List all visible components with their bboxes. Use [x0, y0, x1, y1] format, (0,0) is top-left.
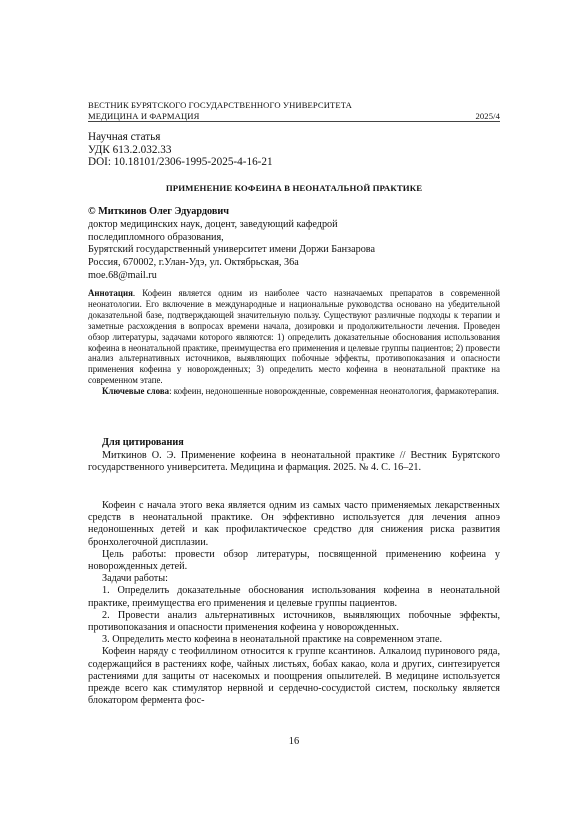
page-number: 16 [88, 736, 500, 747]
author-name: © Миткинов Олег Эдуардович [88, 206, 500, 219]
author-position: доктор медицинских наук, доцент, заведую… [88, 219, 500, 232]
keywords-paragraph: Ключевые слова: кофеин, недоношенные нов… [88, 386, 500, 397]
abstract: Аннотация. Кофеин является одним из наиб… [88, 288, 500, 397]
keywords-label: Ключевые слова [102, 386, 169, 396]
udc-code: УДК 613.2.032.33 [88, 144, 273, 157]
author-affiliation: Бурятский государственный университет им… [88, 244, 500, 257]
article-title: ПРИМЕНЕНИЕ КОФЕИНА В НЕОНАТАЛЬНОЙ ПРАКТИ… [88, 183, 500, 193]
body-paragraph: 2. Провести анализ альтернативных источн… [88, 610, 500, 634]
citation-text: Миткинов О. Э. Применение кофеина в неон… [88, 450, 500, 475]
keywords-text: : кофеин, недоношенные новорожденные, со… [169, 386, 499, 396]
article-type: Научная статья [88, 131, 273, 144]
journal-header: ВЕСТНИК БУРЯТСКОГО ГОСУДАРСТВЕННОГО УНИВ… [88, 100, 500, 122]
doi: DOI: 10.18101/2306-1995-2025-4-16-21 [88, 156, 273, 169]
body-paragraph: Кофеин наряду с теофиллином относится к … [88, 646, 500, 707]
journal-section: МЕДИЦИНА И ФАРМАЦИЯ [88, 111, 199, 122]
abstract-paragraph: Аннотация. Кофеин является одним из наиб… [88, 288, 500, 386]
journal-issue: 2025/4 [476, 111, 500, 122]
body-text: Кофеин с начала этого века является одни… [88, 500, 500, 707]
body-paragraph: Задачи работы: [88, 573, 500, 585]
abstract-label: Аннотация [88, 288, 133, 298]
article-meta: Научная статья УДК 613.2.032.33 DOI: 10.… [88, 131, 273, 169]
author-address: Россия, 670002, г.Улан-Удэ, ул. Октябрьс… [88, 257, 500, 270]
author-position-cont: последипломного образования, [88, 232, 500, 245]
journal-title: ВЕСТНИК БУРЯТСКОГО ГОСУДАРСТВЕННОГО УНИВ… [88, 100, 500, 111]
body-paragraph: 1. Определить доказательные обоснования … [88, 585, 500, 609]
body-paragraph: 3. Определить место кофеина в неонатальн… [88, 634, 500, 646]
body-paragraph: Кофеин с начала этого века является одни… [88, 500, 500, 549]
citation-heading: Для цитирования [88, 437, 500, 450]
citation-block: Для цитирования Миткинов О. Э. Применени… [88, 437, 500, 475]
author-email[interactable]: moe.68@mail.ru [88, 270, 500, 283]
body-paragraph: Цель работы: провести обзор литературы, … [88, 549, 500, 573]
author-block: © Миткинов Олег Эдуардович доктор медици… [88, 206, 500, 283]
abstract-text: . Кофеин является одним из наиболее част… [88, 288, 500, 385]
